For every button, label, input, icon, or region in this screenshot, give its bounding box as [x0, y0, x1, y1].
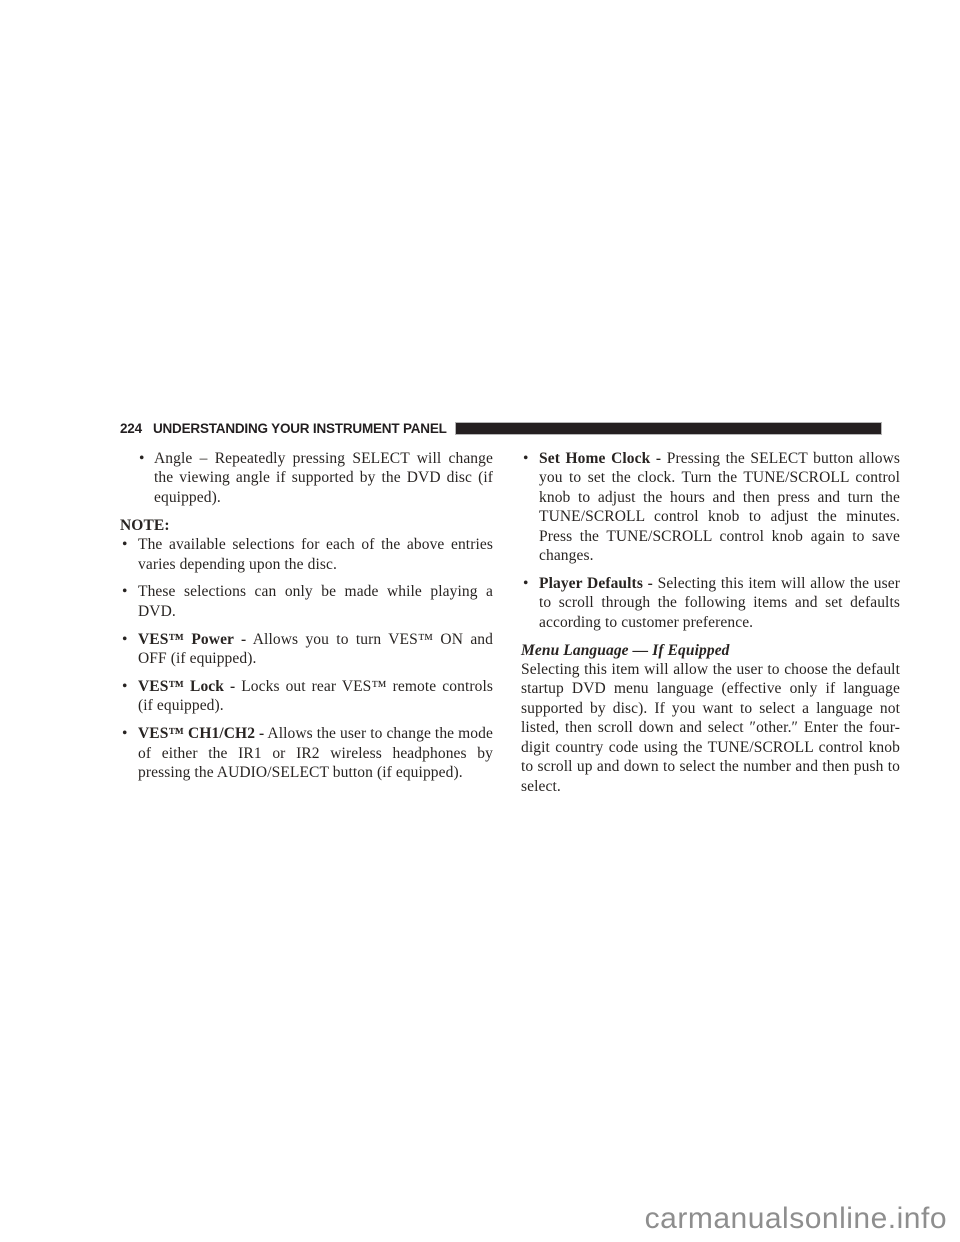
right-column: •Set Home Clock - Pressing the SELECT bu… [521, 449, 900, 796]
list-item-note-1: •The available selections for each of th… [120, 535, 493, 574]
list-item-term: VES™ Lock - [138, 678, 235, 695]
bullet-icon: • [122, 535, 128, 554]
list-item-term: Set Home Clock - [539, 450, 661, 467]
list-item-text: The available selections for each of the… [138, 536, 493, 572]
watermark-text: carmanualsonline.info [645, 1202, 947, 1236]
section-title: UNDERSTANDING YOUR INSTRUMENT PANEL [153, 421, 447, 436]
page-number: 224 [120, 421, 142, 436]
list-item-term: VES™ Power - [138, 631, 246, 648]
list-item-term: Player Defaults - [539, 575, 653, 592]
list-item-ves-ch1ch2: •VES™ CH1/CH2 - Allows the user to chang… [120, 724, 493, 782]
bullet-icon: • [122, 630, 128, 649]
left-column: •Angle – Repeatedly pressing SELECT will… [120, 449, 493, 791]
list-item-set-home-clock: •Set Home Clock - Pressing the SELECT bu… [521, 449, 900, 565]
list-item-player-defaults: •Player Defaults - Selecting this item w… [521, 574, 900, 632]
page-header: 224 UNDERSTANDING YOUR INSTRUMENT PANEL [120, 421, 882, 436]
bullet-icon: • [139, 449, 145, 468]
bullet-icon: • [122, 724, 128, 743]
menu-language-heading: Menu Language — If Equipped [521, 641, 900, 660]
list-item-ves-power: •VES™ Power - Allows you to turn VES™ ON… [120, 630, 493, 669]
list-item-term: VES™ CH1/CH2 - [138, 725, 264, 742]
menu-language-body: Selecting this item will allow the user … [521, 660, 900, 796]
list-item-text: Angle – Repeatedly pressing SELECT will … [154, 450, 493, 506]
list-item-angle: •Angle – Repeatedly pressing SELECT will… [120, 449, 493, 507]
bullet-icon: • [122, 582, 128, 601]
list-item-ves-lock: •VES™ Lock - Locks out rear VES™ remote … [120, 677, 493, 716]
list-item-text: These selections can only be made while … [138, 583, 493, 619]
note-label: NOTE: [120, 516, 493, 535]
manual-page: 224 UNDERSTANDING YOUR INSTRUMENT PANEL … [0, 0, 960, 1242]
bullet-icon: • [523, 449, 529, 468]
header-rule-bar [455, 422, 882, 435]
bullet-icon: • [122, 677, 128, 696]
list-item-text: Pressing the SELECT button allows you to… [539, 450, 900, 564]
list-item-note-2: •These selections can only be made while… [120, 582, 493, 621]
bullet-icon: • [523, 574, 529, 593]
